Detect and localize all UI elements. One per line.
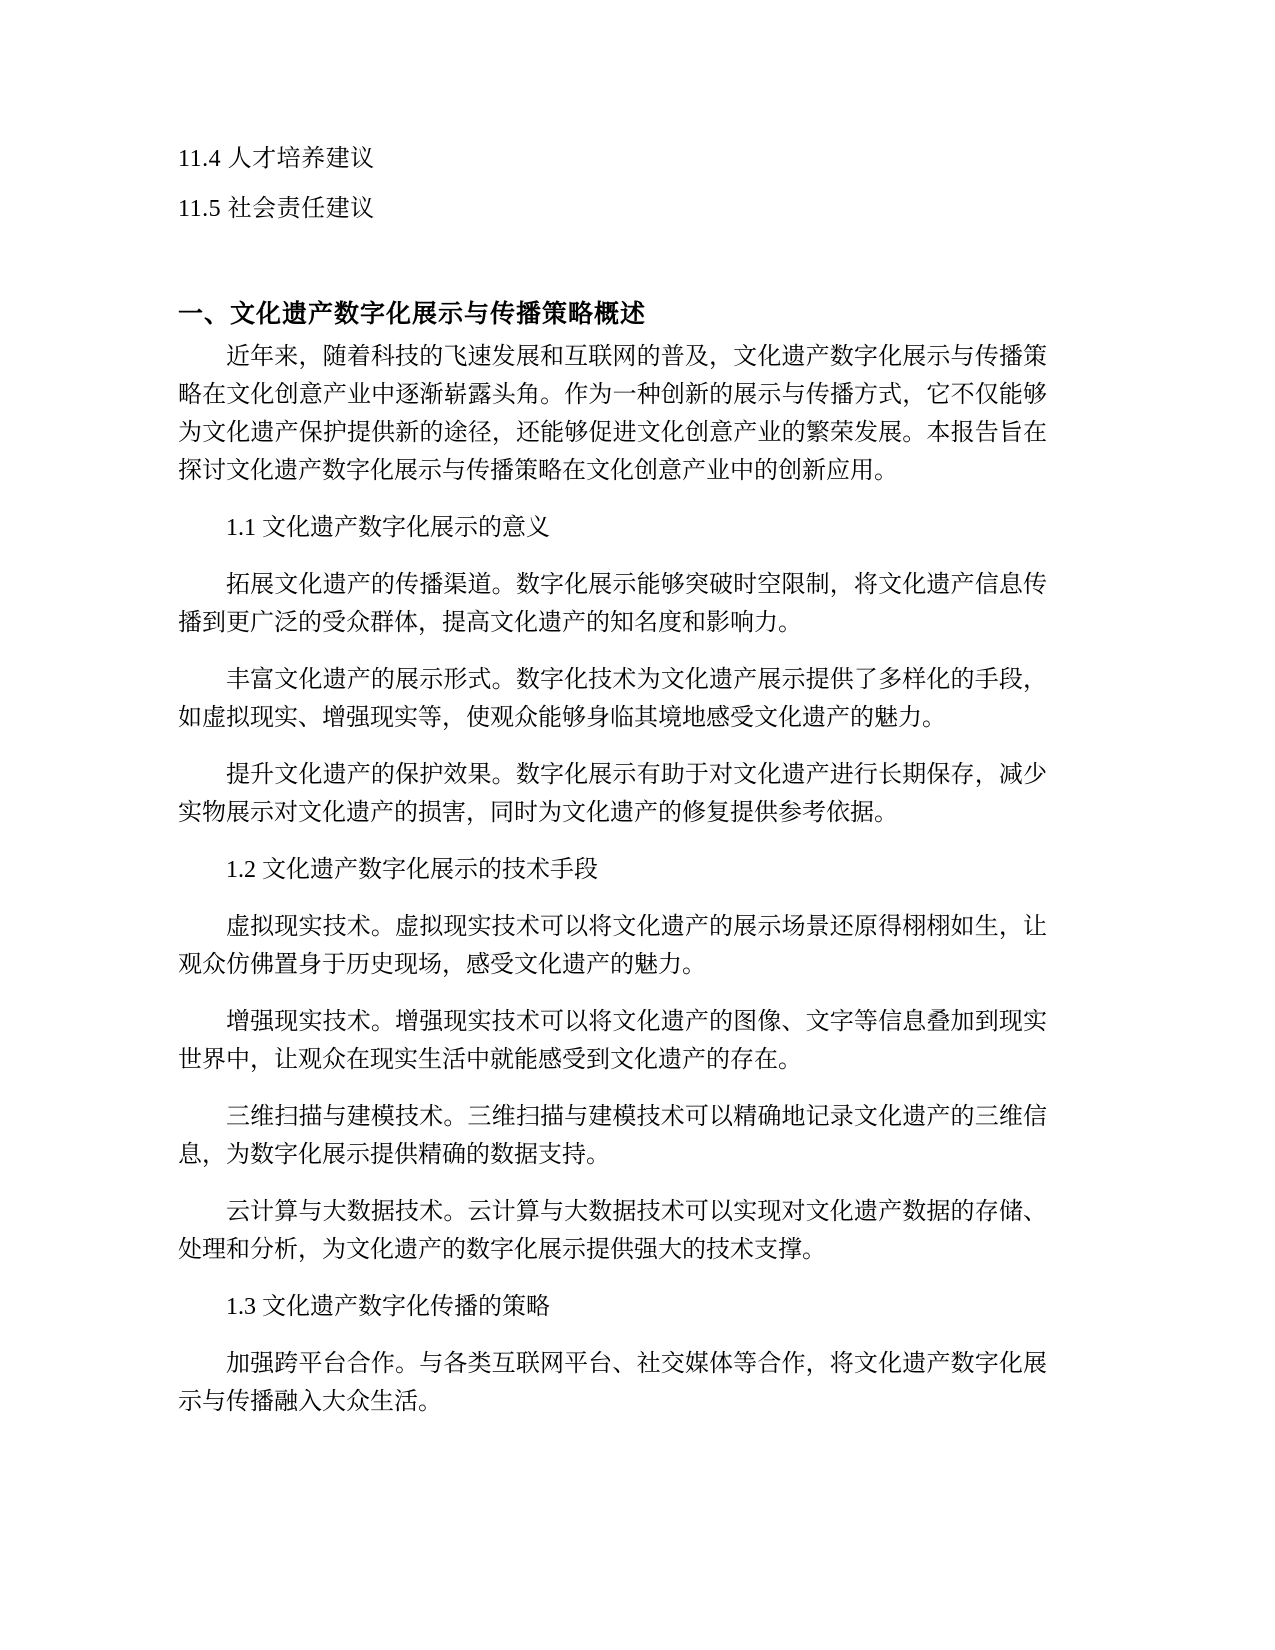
document-page: 11.4 人才培养建议 11.5 社会责任建议 一、文化遗产数字化展示与传播策略…	[0, 0, 1275, 1650]
section-title-1-3: 1.3 文化遗产数字化传播的策略	[178, 1288, 1047, 1326]
paragraph: 加强跨平台合作。与各类互联网平台、社交媒体等合作，将文化遗产数字化展示与传播融入…	[178, 1345, 1047, 1421]
paragraph: 虚拟现实技术。虚拟现实技术可以将文化遗产的展示场景还原得栩栩如生，让观众仿佛置身…	[178, 908, 1047, 984]
paragraph: 丰富文化遗产的展示形式。数字化技术为文化遗产展示提供了多样化的手段，如虚拟现实、…	[178, 661, 1047, 737]
paragraph: 增强现实技术。增强现实技术可以将文化遗产的图像、文字等信息叠加到现实世界中，让观…	[178, 1003, 1047, 1079]
paragraph: 云计算与大数据技术。云计算与大数据技术可以实现对文化遗产数据的存储、处理和分析，…	[178, 1193, 1047, 1269]
toc-item-11-5: 11.5 社会责任建议	[178, 190, 1047, 228]
paragraph: 三维扫描与建模技术。三维扫描与建模技术可以精确地记录文化遗产的三维信息，为数字化…	[178, 1098, 1047, 1174]
paragraph: 拓展文化遗产的传播渠道。数字化展示能够突破时空限制，将文化遗产信息传播到更广泛的…	[178, 566, 1047, 642]
section-title-1-1: 1.1 文化遗产数字化展示的意义	[178, 509, 1047, 547]
paragraph: 提升文化遗产的保护效果。数字化展示有助于对文化遗产进行长期保存，减少实物展示对文…	[178, 756, 1047, 832]
section-title-1-2: 1.2 文化遗产数字化展示的技术手段	[178, 851, 1047, 889]
chapter-heading: 一、文化遗产数字化展示与传播策略概述	[178, 294, 1047, 334]
toc-item-11-4: 11.4 人才培养建议	[178, 140, 1047, 178]
intro-paragraph: 近年来，随着科技的飞速发展和互联网的普及，文化遗产数字化展示与传播策略在文化创意…	[178, 338, 1047, 490]
